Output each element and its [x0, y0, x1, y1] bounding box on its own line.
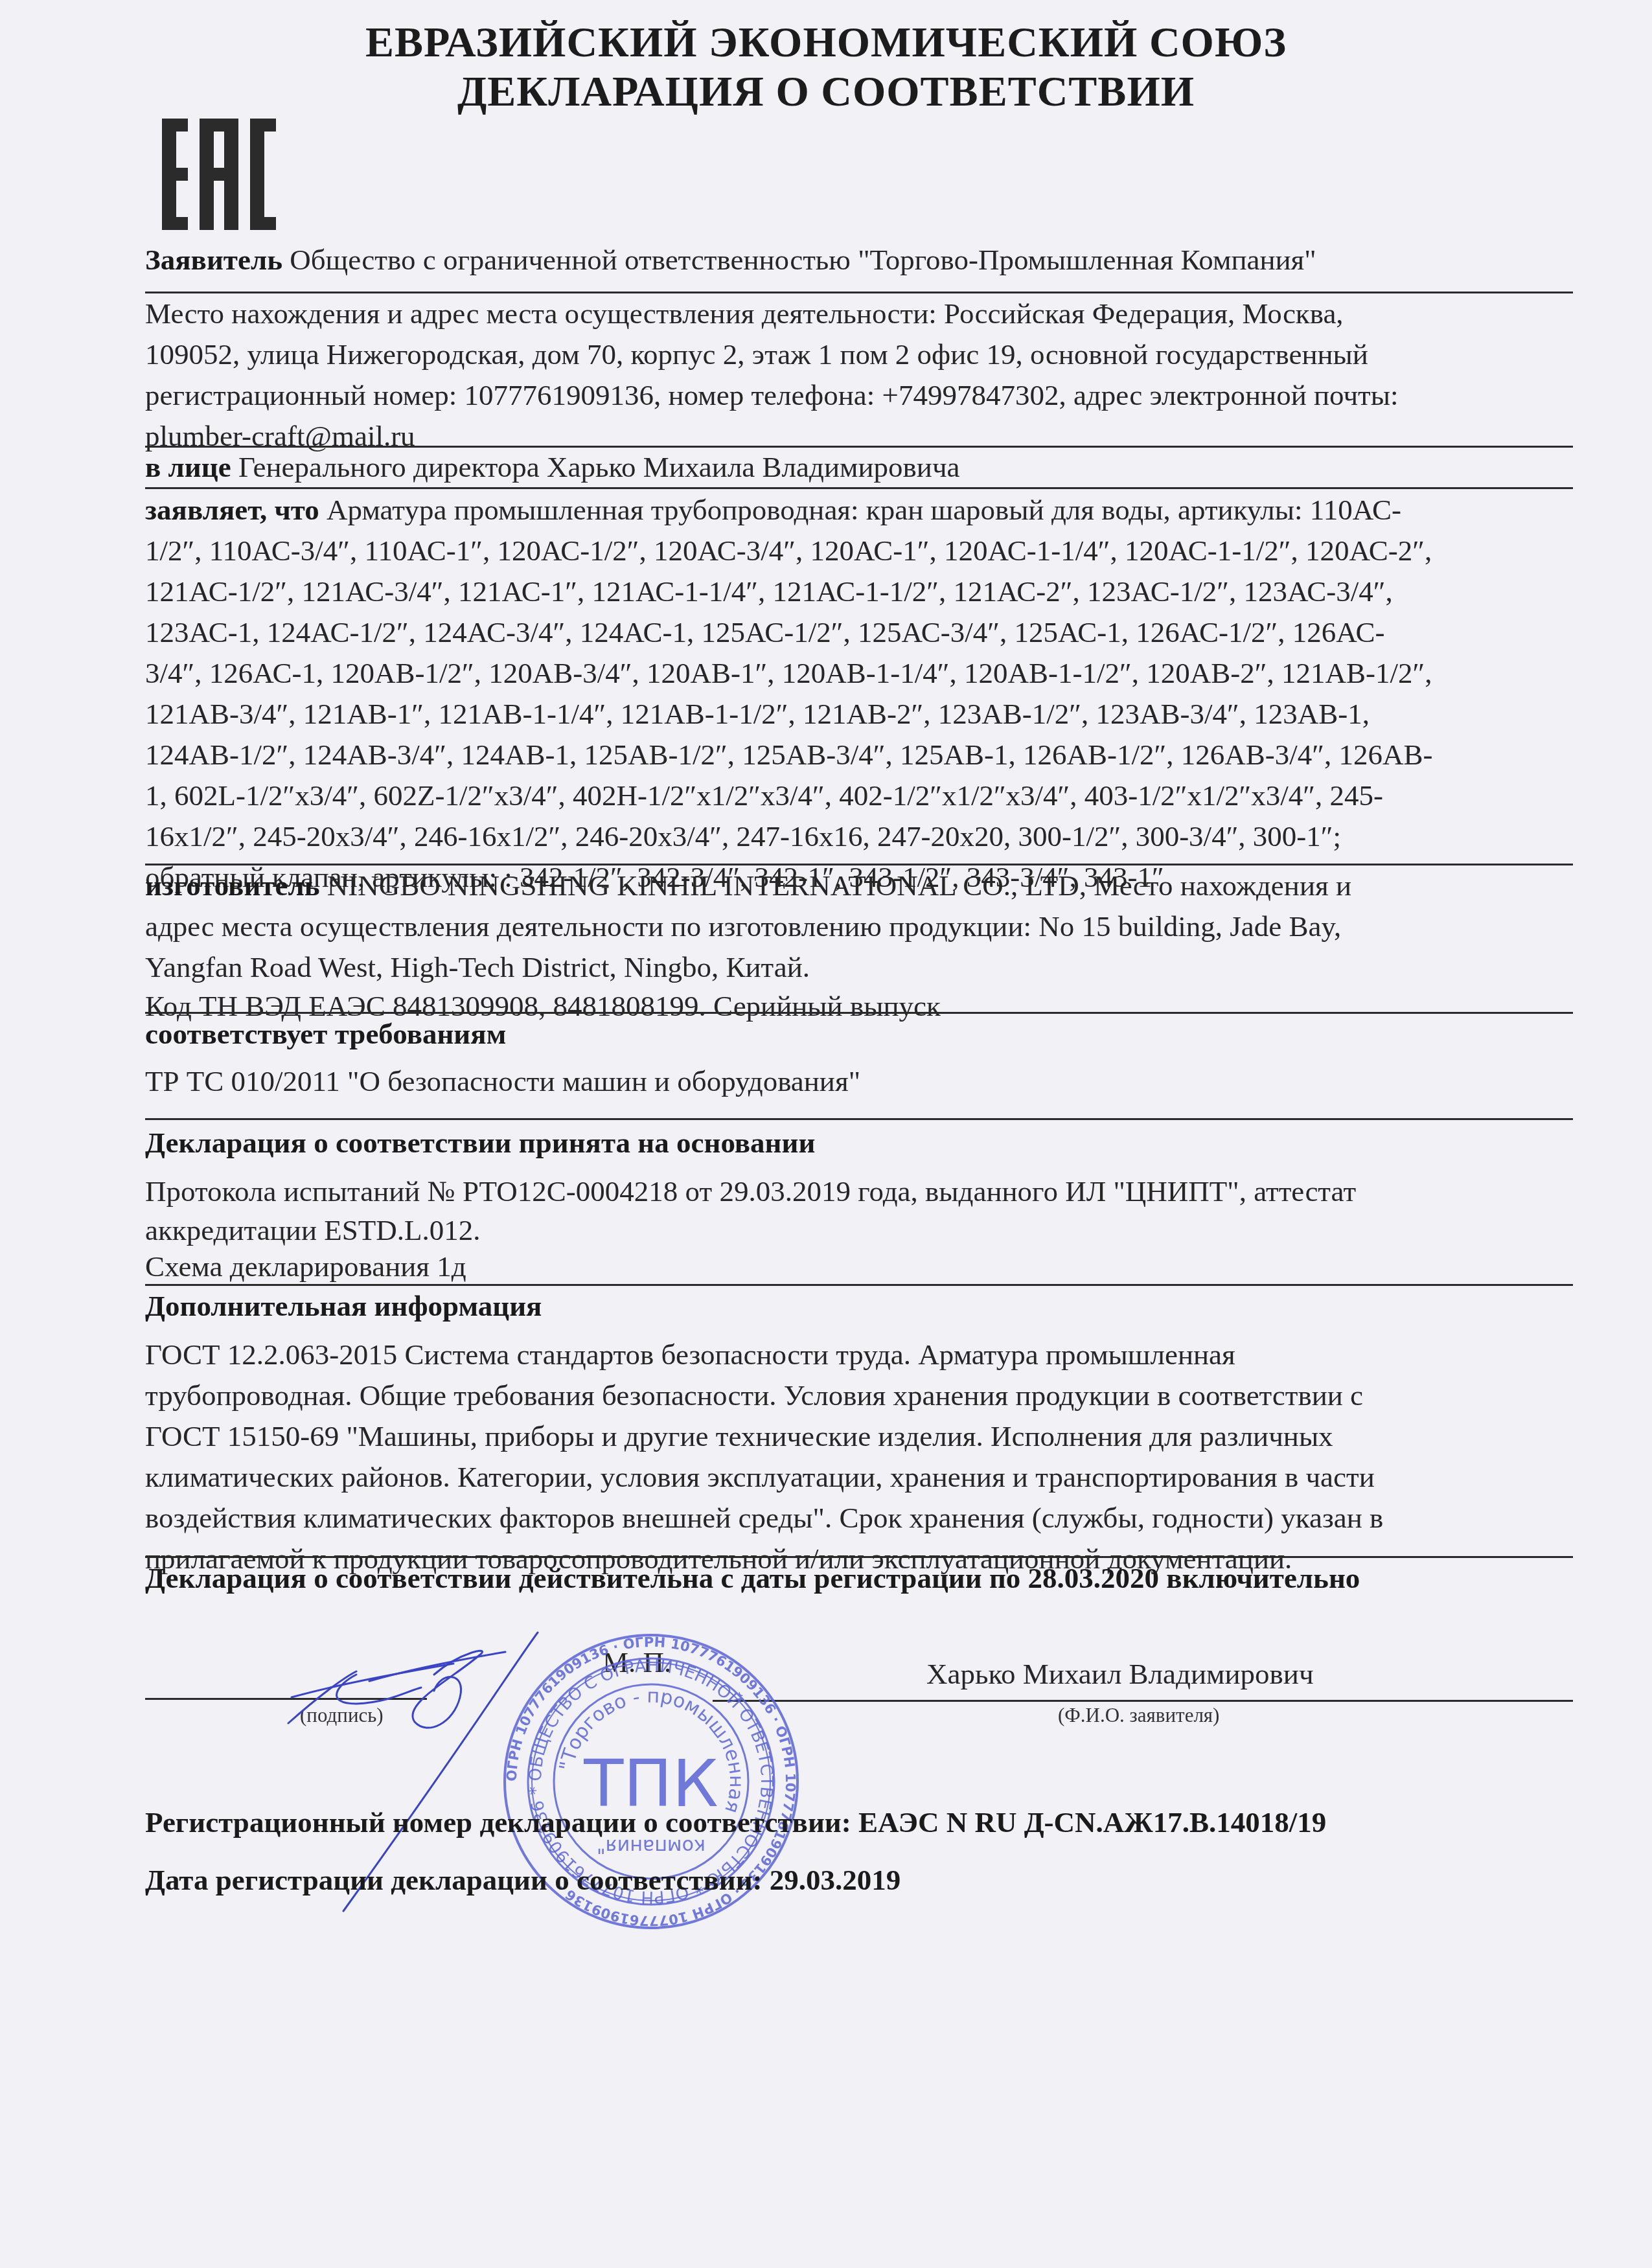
represented-by-row: в лице Генерального директора Харько Мих…: [145, 447, 1572, 488]
declares-line: 3/4″, 126АС-1, 120АВ-1/2″, 120АВ-3/4″, 1…: [145, 653, 1572, 694]
manufacturer-line: адрес места осуществления деятельности п…: [145, 906, 1572, 947]
manufacturer-line: NINGBO NINGSHING KINHIL INTERNATIONAL CO…: [319, 869, 1351, 902]
validity-statement: Декларация о соответствии действительна …: [145, 1558, 1572, 1599]
additional-label-text: Дополнительная информация: [145, 1290, 542, 1322]
eac-logo-icon: [162, 119, 277, 230]
declares-block: заявляет, что Арматура промышленная труб…: [145, 490, 1572, 898]
registration-date: Дата регистрации декларации о соответств…: [145, 1863, 901, 1897]
represented-by-value: Генерального директора Харько Михаила Вл…: [231, 451, 960, 483]
address-line: регистрационный номер: 1077761909136, но…: [145, 375, 1572, 416]
declares-line: 121АВ-3/4″, 121АВ-1″, 121АВ-1-1/4″, 121А…: [145, 694, 1572, 735]
basis-label: Декларация о соответствии принята на осн…: [145, 1123, 1572, 1163]
basis-line: аккредитации ESTD.L.012.: [145, 1212, 1572, 1248]
represented-by-label: в лице: [145, 451, 231, 483]
validity-text: Декларация о соответствии действительна …: [145, 1562, 1360, 1594]
address-block: Место нахождения и адрес места осуществл…: [145, 293, 1572, 457]
declaration-page: ЕВРАЗИЙСКИЙ ЭКОНОМИЧЕСКИЙ СОЮЗ ДЕКЛАРАЦИ…: [0, 0, 1652, 2268]
name-line: [713, 1700, 1573, 1702]
additional-line: воздействия климатических факторов внешн…: [145, 1498, 1572, 1539]
basis-line: Протокола испытаний № РТО12С-0004218 от …: [145, 1171, 1572, 1212]
address-line: 109052, улица Нижегородская, дом 70, кор…: [145, 334, 1572, 375]
complies-label-text: соответствует требованиям: [145, 1018, 506, 1050]
union-title: ЕВРАЗИЙСКИЙ ЭКОНОМИЧЕСКИЙ СОЮЗ: [0, 18, 1652, 67]
applicant-row: Заявитель Общество с ограниченной ответс…: [145, 240, 1572, 281]
declares-line: 123АС-1, 124АС-1/2″, 124АС-3/4″, 124АС-1…: [145, 612, 1572, 653]
declares-label: заявляет, что: [145, 494, 319, 526]
complies-label: соответствует требованиям: [145, 1014, 1572, 1055]
signer-name: Харько Михаил Владимирович: [926, 1657, 1314, 1691]
divider: [145, 1118, 1573, 1120]
manufacturer-block: изготовитель NINGBO NINGSHING KINHIL INT…: [145, 865, 1572, 1024]
complies-value: ТР ТС 010/2011 "О безопасности машин и о…: [145, 1061, 1572, 1102]
basis-line: Схема декларирования 1д: [145, 1248, 1572, 1285]
declares-line: 1, 602L-1/2″x3/4″, 602Z-1/2″x3/4″, 402H-…: [145, 775, 1572, 816]
additional-line: климатических районов. Категории, услови…: [145, 1457, 1572, 1498]
declares-line: 1/2″, 110АС-3/4″, 110АС-1″, 120АС-1/2″, …: [145, 531, 1572, 571]
registration-number: Регистрационный номер декларации о соотв…: [145, 1805, 1326, 1839]
declares-line: Арматура промышленная трубопроводная: кр…: [319, 494, 1401, 526]
basis-block: Протокола испытаний № РТО12С-0004218 от …: [145, 1171, 1572, 1285]
additional-line: ГОСТ 12.2.063-2015 Система стандартов бе…: [145, 1334, 1572, 1375]
additional-line: ГОСТ 15150-69 "Машины, приборы и другие …: [145, 1416, 1572, 1457]
applicant-label: Заявитель: [145, 244, 282, 276]
declares-line: 16x1/2″, 245-20x3/4″, 246-16x1/2″, 246-2…: [145, 816, 1572, 857]
manufacturer-label: изготовитель: [145, 869, 319, 902]
declares-line: 121АС-1/2″, 121АС-3/4″, 121АС-1″, 121АС-…: [145, 571, 1572, 612]
manufacturer-line: Yangfan Road West, High-Tech District, N…: [145, 947, 1572, 988]
name-caption: (Ф.И.О. заявителя): [1058, 1704, 1219, 1727]
applicant-value: Общество с ограниченной ответственностью…: [282, 244, 1316, 276]
declares-line: 124АВ-1/2″, 124АВ-3/4″, 124АВ-1, 125АВ-1…: [145, 735, 1572, 775]
additional-line: трубопроводная. Общие требования безопас…: [145, 1375, 1572, 1416]
additional-block: ГОСТ 12.2.063-2015 Система стандартов бе…: [145, 1334, 1572, 1579]
additional-label: Дополнительная информация: [145, 1286, 1572, 1327]
basis-label-text: Декларация о соответствии принята на осн…: [145, 1127, 815, 1159]
divider: [145, 487, 1573, 489]
document-title: ДЕКЛАРАЦИЯ О СООТВЕТСТВИИ: [0, 67, 1652, 117]
address-line: Место нахождения и адрес места осуществл…: [145, 293, 1572, 334]
